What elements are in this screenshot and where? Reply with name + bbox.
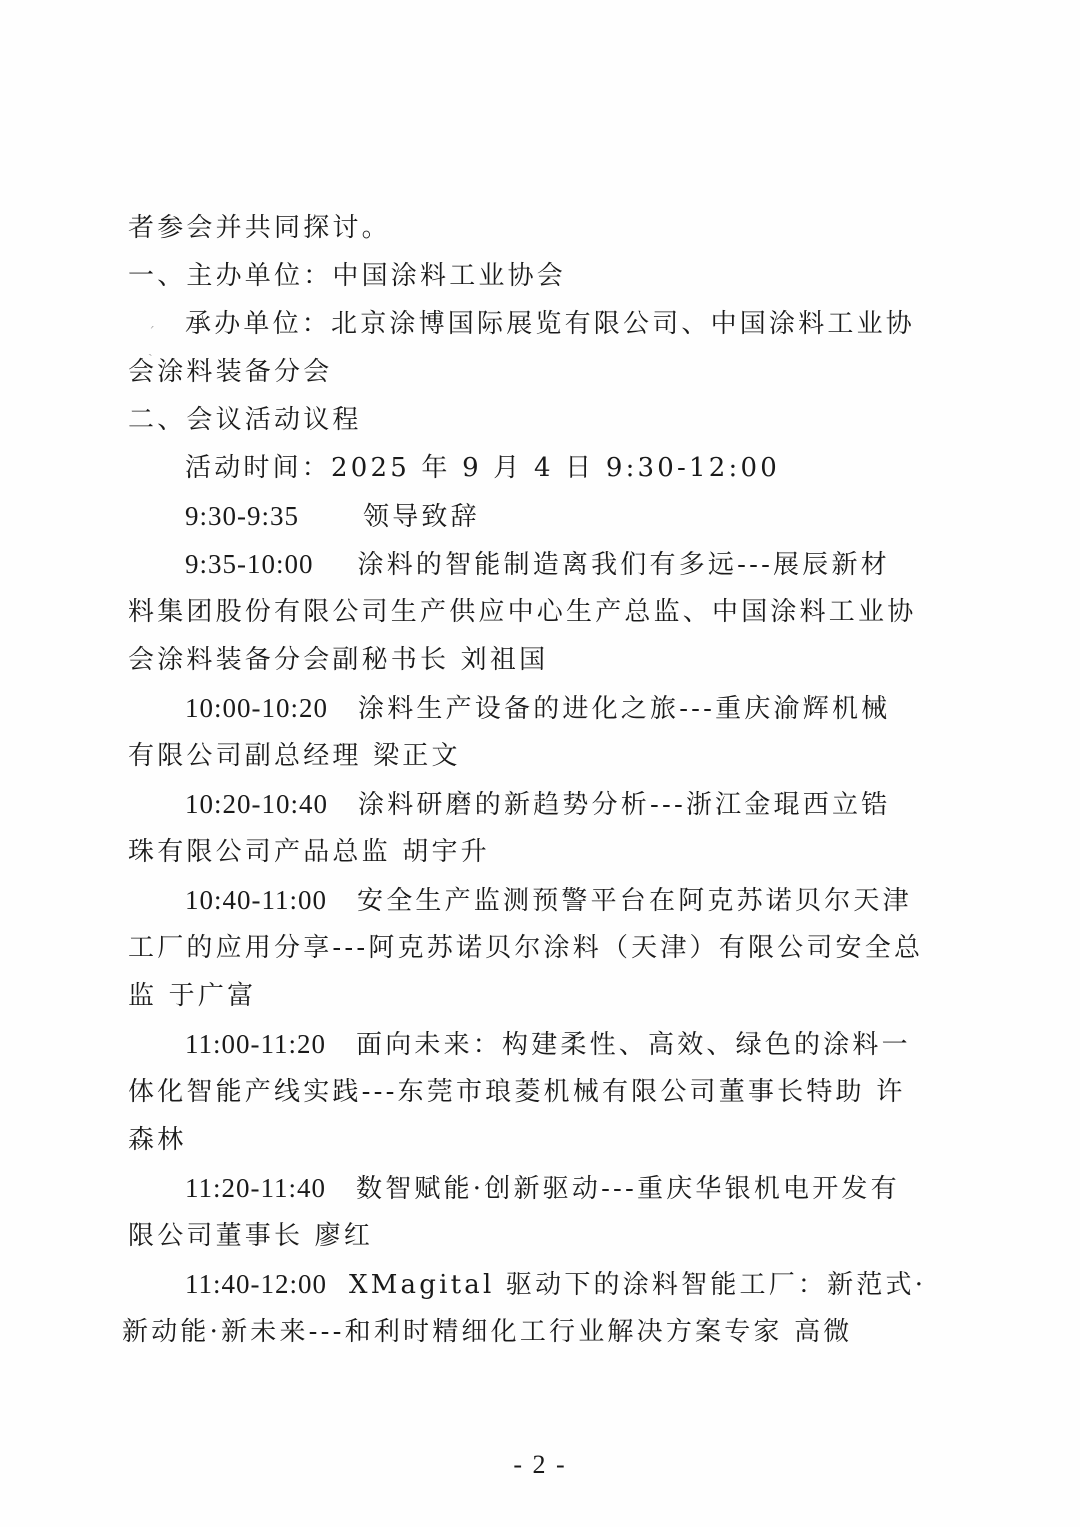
agenda-item-cont: 会涂料装备分会副秘书长 刘祖国 [128,636,928,684]
agenda-item-cont: 料集团股份有限公司生产供应中心生产总监、中国涂料工业协 [128,588,928,636]
agenda-time: 9:30-9:35 [185,492,299,540]
agenda-title: 涂料研磨的新趋势分析---浙江金琨西立锆 [358,790,890,820]
agenda-time: 11:40-12:00 [185,1260,327,1308]
page-number: - 2 - [0,1450,1080,1480]
agenda-item-cont: 监 于广富 [128,972,928,1020]
agenda-item: 9:30-9:35领导致辞 [185,492,985,540]
co-organizer-line-cont: 会涂料装备分会 [128,348,928,396]
agenda-time: 11:20-11:40 [185,1164,326,1212]
agenda-time: 10:20-10:40 [185,780,328,828]
agenda-item: 11:00-11:20面向未来：构建柔性、高效、绿色的涂料一 [185,1020,985,1068]
agenda-item-cont: 体化智能产线实践---东莞市琅菱机械有限公司董事长特助 许 [128,1068,928,1116]
agenda-title: 安全生产监测预警平台在阿克苏诺贝尔天津 [357,886,912,916]
agenda-item-cont: 工厂的应用分享---阿克苏诺贝尔涂料（天津）有限公司安全总 [128,924,928,972]
agenda-time: 10:00-10:20 [185,684,328,732]
agenda-item-cont: 森林 [128,1116,928,1164]
organizer-line: 一、主办单位：中国涂料工业协会 [128,252,928,300]
scan-artifact: ˊ ˏ [148,325,158,329]
agenda-item-cont: 有限公司副总经理 梁正文 [128,732,928,780]
agenda-item-cont: 限公司董事长 廖红 [128,1212,928,1260]
agenda-item: 11:40-12:00XMagital 驱动下的涂料智能工厂：新范式· [185,1260,985,1308]
agenda-title: XMagital 驱动下的涂料智能工厂：新范式· [349,1270,926,1300]
agenda-item: 10:20-10:40涂料研磨的新趋势分析---浙江金琨西立锆 [185,780,985,828]
agenda-title: 涂料的智能制造离我们有多远---展辰新材 [358,550,890,580]
agenda-item-cont: 珠有限公司产品总监 胡宇升 [128,828,928,876]
agenda-title: 涂料生产设备的进化之旅---重庆渝辉机械 [358,694,890,724]
section-heading-agenda: 二、会议活动议程 [128,396,928,444]
event-time-line: 活动时间：2025 年 9 月 4 日 9:30-12:00 [185,444,985,492]
agenda-item-cont: 新动能·新未来---和利时精细化工行业解决方案专家 高微 [122,1308,922,1356]
agenda-title: 数智赋能·创新驱动---重庆华银机电开发有 [356,1174,900,1204]
agenda-item: 11:20-11:40数智赋能·创新驱动---重庆华银机电开发有 [185,1164,985,1212]
document-page: 者参会并共同探讨。 一、主办单位：中国涂料工业协会 ˊ ˏ 承办单位：北京涂博国… [0,0,1080,1527]
agenda-time: 10:40-11:00 [185,876,327,924]
agenda-time: 9:35-10:00 [185,540,314,588]
intro-continuation: 者参会并共同探讨。 [128,204,928,252]
agenda-item: 10:00-10:20涂料生产设备的进化之旅---重庆渝辉机械 [185,684,985,732]
agenda-time: 11:00-11:20 [185,1020,326,1068]
agenda-title: 面向未来：构建柔性、高效、绿色的涂料一 [356,1030,911,1060]
agenda-item: 10:40-11:00安全生产监测预警平台在阿克苏诺贝尔天津 [185,876,985,924]
agenda-item: 9:35-10:00涂料的智能制造离我们有多远---展辰新材 [185,540,985,588]
co-organizer-line: 承办单位：北京涂博国际展览有限公司、中国涂料工业协 [185,300,985,348]
agenda-title: 领导致辞 [363,502,480,532]
